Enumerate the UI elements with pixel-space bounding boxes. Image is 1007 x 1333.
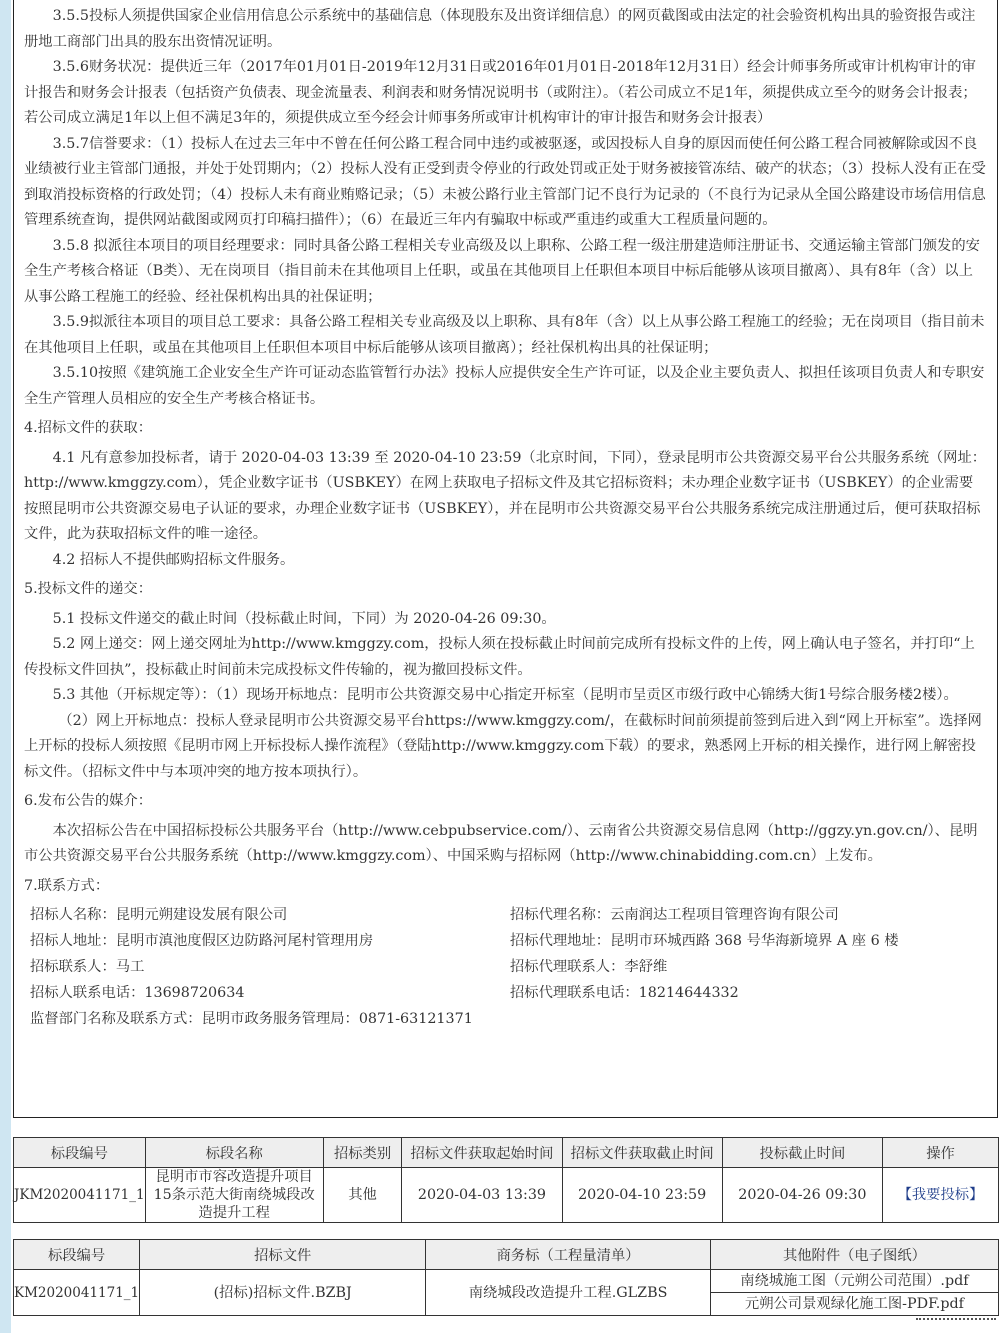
supervisor-contact: 监督部门名称及联系方式：昆明市政务服务管理局：0871-63121371 <box>24 1006 987 1032</box>
agent-phone: 招标代理联系电话：18214644332 <box>510 980 990 1006</box>
section-category: 其他 <box>323 1168 402 1223</box>
clause-3-5-9: 3.5.9拟派往本项目的项目总工要求：具备公路工程相关专业高级及以上职称、具有8… <box>24 310 987 361</box>
section-code: JKM2020041171_1 <box>14 1168 146 1223</box>
attachment-link[interactable]: 南绕城施工图（元朔公司范围）.pdf <box>740 1273 968 1289</box>
clause-3-5-5: 3.5.5投标人须提供国家企业信用信息公示系统中的基础信息（体现股东及出资详细信… <box>24 4 987 55</box>
clause-5-3-online: （2）网上开标地点：投标人登录昆明市公共资源交易平台https://www.km… <box>24 709 987 786</box>
col-category: 招标类别 <box>323 1138 402 1168</box>
col-section-code: 标段编号 <box>14 1240 140 1270</box>
section-4-heading: 4.招标文件的获取： <box>24 416 987 442</box>
col-section-code: 标段编号 <box>14 1138 146 1168</box>
table-row: KM2020041171_1 (招标)招标文件.BZBJ 南绕城段改造提升工程.… <box>14 1270 999 1293</box>
col-action: 操作 <box>882 1138 998 1168</box>
action-cell: 【我要投标】 <box>882 1168 998 1223</box>
page-left-border-strip <box>0 0 11 1333</box>
tenderer-address: 招标人地址：昆明市滇池度假区边防路河尾村管理用房 <box>30 928 510 954</box>
clause-4-1: 4.1 凡有意参加投标者，请于 2020-04-03 13:39 至 2020-… <box>24 446 987 548</box>
business-file-cell: 南绕城段改造提升工程.GLZBS <box>426 1270 711 1316</box>
section-code: KM2020041171_1 <box>14 1270 140 1316</box>
tenderer-name: 招标人名称：昆明元朔建设发展有限公司 <box>30 902 510 928</box>
tenderer-contact: 招标联系人：马工 <box>30 954 510 980</box>
clause-3-5-7: 3.5.7信誉要求：（1）投标人在过去三年中不曾在任何公路工程合同中违约或被驱逐… <box>24 132 987 234</box>
files-table: 标段编号 招标文件 商务标（工程量清单） 其他附件（电子图纸） KM202004… <box>13 1239 999 1316</box>
clause-3-5-8: 3.5.8 拟派往本项目的项目经理要求：同时具备公路工程相关专业高级及以上职称、… <box>24 234 987 311</box>
col-attachments: 其他附件（电子图纸） <box>710 1240 998 1270</box>
col-section-name: 标段名称 <box>145 1138 323 1168</box>
col-business-file: 商务标（工程量清单） <box>426 1240 711 1270</box>
tenderer-phone: 招标人联系电话：13698720634 <box>30 980 510 1006</box>
sections-table: 标段编号 标段名称 招标类别 招标文件获取起始时间 招标文件获取截止时间 投标截… <box>13 1137 999 1223</box>
col-tender-file: 招标文件 <box>140 1240 426 1270</box>
section-7-heading: 7.联系方式： <box>24 874 987 900</box>
dotted-divider <box>916 1318 996 1320</box>
section-6-heading: 6.发布公告的媒介： <box>24 789 987 815</box>
attachment-cell: 南绕城施工图（元朔公司范围）.pdf <box>710 1270 998 1293</box>
tender-file-cell: (招标)招标文件.BZBJ <box>140 1270 426 1316</box>
section-name: 昆明市市容改造提升项目15条示范大街南绕城段改造提升工程 <box>145 1168 323 1223</box>
contact-grid: 招标人名称：昆明元朔建设发展有限公司 招标代理名称：云南润达工程项目管理咨询有限… <box>24 902 987 1006</box>
attachment-cell: 元朔公司景观绿化施工图-PDF.pdf <box>710 1293 998 1316</box>
section-5-heading: 5.投标文件的递交： <box>24 577 987 603</box>
business-file-link[interactable]: 南绕城段改造提升工程.GLZBS <box>469 1285 668 1301</box>
col-doc-end-time: 招标文件获取截止时间 <box>562 1138 722 1168</box>
doc-start-time: 2020-04-03 13:39 <box>402 1168 562 1223</box>
clause-3-5-6: 3.5.6财务状况：提供近三年（2017年01月01日-2019年12月31日或… <box>24 55 987 132</box>
attachment-link[interactable]: 元朔公司景观绿化施工图-PDF.pdf <box>745 1296 964 1312</box>
agent-contact: 招标代理联系人：李舒维 <box>510 954 990 980</box>
clause-5-1: 5.1 投标文件递交的截止时间（投标截止时间，下同）为 2020-04-26 0… <box>24 607 987 633</box>
bid-deadline: 2020-04-26 09:30 <box>722 1168 882 1223</box>
clause-3-5-10: 3.5.10按照《建筑施工企业安全生产许可证动态监管暂行办法》投标人应提供安全生… <box>24 361 987 412</box>
clause-5-2: 5.2 网上递交：网上递交网址为http://www.kmggzy.com，投标… <box>24 632 987 683</box>
agent-name: 招标代理名称：云南润达工程项目管理咨询有限公司 <box>510 902 990 928</box>
clause-4-2: 4.2 招标人不提供邮购招标文件服务。 <box>24 548 987 574</box>
col-doc-start-time: 招标文件获取起始时间 <box>402 1138 562 1168</box>
col-bid-deadline: 投标截止时间 <box>722 1138 882 1168</box>
doc-end-time: 2020-04-10 23:59 <box>562 1168 722 1223</box>
submit-bid-link[interactable]: 【我要投标】 <box>898 1187 984 1203</box>
tender-file-link[interactable]: (招标)招标文件.BZBJ <box>214 1285 352 1301</box>
sections-table-header: 标段编号 标段名称 招标类别 招标文件获取起始时间 招标文件获取截止时间 投标截… <box>14 1138 999 1168</box>
files-table-header: 标段编号 招标文件 商务标（工程量清单） 其他附件（电子图纸） <box>14 1240 999 1270</box>
clause-5-3: 5.3 其他（开标规定等）：（1）现场开标地点：昆明市公共资源交易中心指定开标室… <box>24 683 987 709</box>
media-paragraph: 本次招标公告在中国招标投标公共服务平台（http://www.cebpubser… <box>24 819 987 870</box>
table-row: JKM2020041171_1 昆明市市容改造提升项目15条示范大街南绕城段改造… <box>14 1168 999 1223</box>
agent-address: 招标代理地址：昆明市环城西路 368 号华海新境界 A 座 6 楼 <box>510 928 990 954</box>
announcement-content: 3.5.5投标人须提供国家企业信用信息公示系统中的基础信息（体现股东及出资详细信… <box>13 0 998 1118</box>
